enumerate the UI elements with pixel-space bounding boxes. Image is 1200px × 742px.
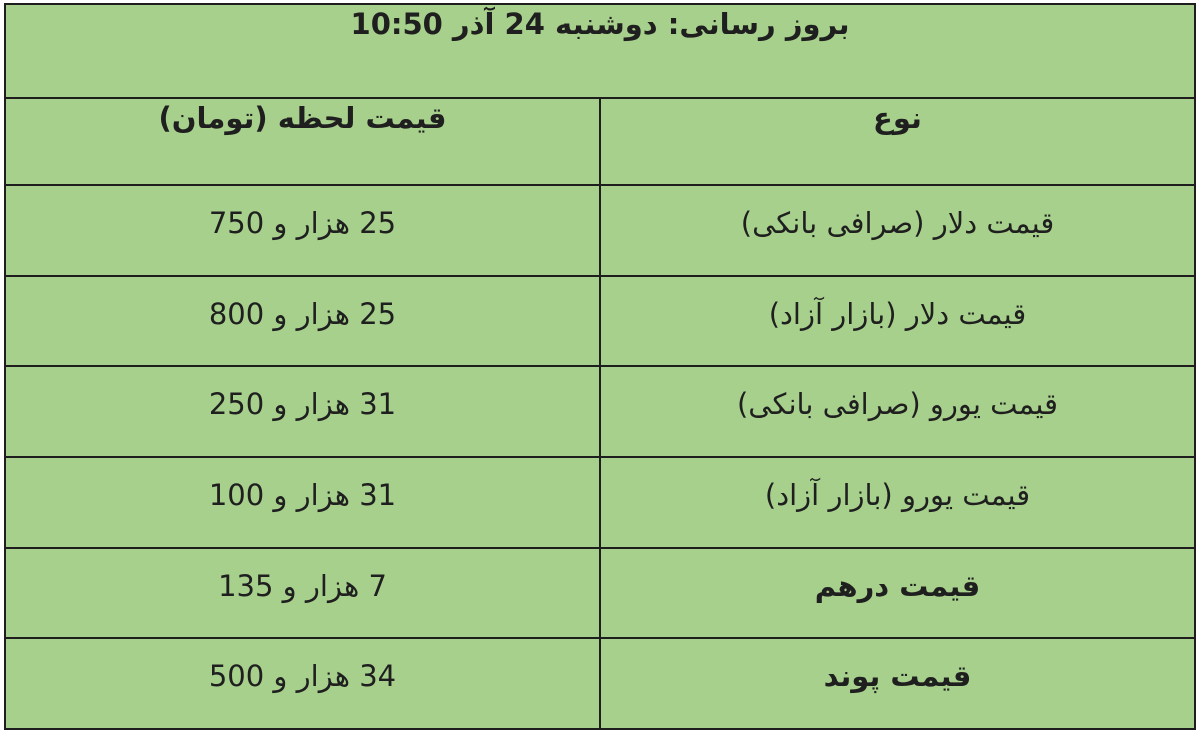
currency-price-table: بروز رسانی: دوشنبه 24 آذر 10:50 نوع قیمت…	[4, 3, 1196, 730]
currency-price-value: 7 هزار و 135	[5, 548, 600, 639]
currency-type-label: قیمت پوند	[600, 638, 1195, 729]
title-row: بروز رسانی: دوشنبه 24 آذر 10:50	[5, 4, 1195, 98]
table-row-euro-bank: قیمت یورو (صرافی بانکی) 31 هزار و 250	[5, 366, 1195, 457]
header-row: نوع قیمت لحظه (تومان)	[5, 98, 1195, 186]
currency-type-label: قیمت یورو (صرافی بانکی)	[600, 366, 1195, 457]
currency-price-value: 31 هزار و 100	[5, 457, 600, 548]
table-row-dirham: قیمت درهم 7 هزار و 135	[5, 548, 1195, 639]
page: بروز رسانی: دوشنبه 24 آذر 10:50 نوع قیمت…	[0, 0, 1200, 742]
currency-price-value: 25 هزار و 750	[5, 185, 600, 276]
table-row-dollar-bank: قیمت دلار (صرافی بانکی) 25 هزار و 750	[5, 185, 1195, 276]
currency-price-value: 31 هزار و 250	[5, 366, 600, 457]
table-row-euro-free: قیمت یورو (بازار آزاد) 31 هزار و 100	[5, 457, 1195, 548]
currency-type-label: قیمت درهم	[600, 548, 1195, 639]
currency-price-value: 25 هزار و 800	[5, 276, 600, 367]
column-header-price: قیمت لحظه (تومان)	[5, 98, 600, 186]
currency-type-label: قیمت یورو (بازار آزاد)	[600, 457, 1195, 548]
update-time-title: بروز رسانی: دوشنبه 24 آذر 10:50	[5, 4, 1195, 98]
currency-type-label: قیمت دلار (بازار آزاد)	[600, 276, 1195, 367]
currency-price-value: 34 هزار و 500	[5, 638, 600, 729]
table-row-pound: قیمت پوند 34 هزار و 500	[5, 638, 1195, 729]
currency-type-label: قیمت دلار (صرافی بانکی)	[600, 185, 1195, 276]
table-row-dollar-free: قیمت دلار (بازار آزاد) 25 هزار و 800	[5, 276, 1195, 367]
column-header-type: نوع	[600, 98, 1195, 186]
